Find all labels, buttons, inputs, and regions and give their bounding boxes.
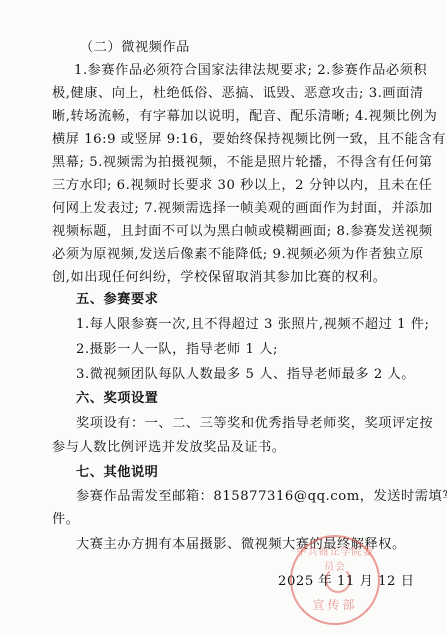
body-line: 横屏 16:9 或竖屏 9:16，要始终保持视频比例一致，且不能含有: [52, 128, 446, 147]
body-line: 晰,转场流畅，有字幕加以说明，配音、配乐清晰; 4.视频比例为: [52, 105, 437, 124]
body-line: 必须为原视频,发送后像素不能降低; 9.视频必须为作者独立原: [52, 243, 424, 262]
section-heading-requirements: 五、参赛要求: [76, 288, 158, 307]
requirement-item: 2.摄影一人一队，指导老师 1 人;: [76, 338, 278, 357]
body-line: 极,健康、向上，杜绝低俗、恶搞、诋毁、恶意攻击; 3.画面清: [52, 82, 424, 101]
body-line: 件。: [52, 508, 79, 527]
body-line: 何网上发表过; 7.视频需选择一帧美观的画面作为封面，并添加: [52, 197, 433, 216]
requirement-item: 3.微视频团队每队人数最多 5 人、指导老师最多 2 人。: [76, 363, 415, 382]
body-line: 奖项设有：一、二、三等奖和优秀指导老师奖，奖项评定按: [76, 412, 433, 431]
section-heading-micro-video: （二）微视频作品: [80, 36, 190, 55]
requirement-item: 1.每人限参赛一次,且不得超过 3 张照片,视频不超过 1 件;: [76, 313, 430, 332]
body-line: 创,如出现任何纠纷，学校保留取消其参加比赛的权利。: [52, 266, 386, 285]
body-line: 黑幕; 5.视频需为拍摄视频，不能是照片轮播，不得含有任何第: [52, 151, 433, 170]
body-line: 视频标题，且封面不可以为黑白帧或模糊画面; 8.参赛发送视频: [52, 220, 433, 239]
document-date: 2025 年 11 月 12 日: [278, 570, 414, 589]
body-line-email: 参赛作品需发至邮箱：815877316@qq.com，发送时需填写附: [76, 485, 447, 504]
body-line: 参与人数比例评选并发放奖品及证书。: [52, 436, 286, 455]
seal-bottom-text: 宣传部: [292, 596, 378, 613]
body-line: 三方水印; 6.视频时长要求 30 秒以上，2 分钟以内，且未在任: [52, 174, 432, 193]
body-line: 1.参赛作品必须符合国家法律法规要求; 2.参赛作品必须积: [74, 59, 427, 78]
section-heading-other: 七、其他说明: [76, 461, 158, 480]
section-heading-awards: 六、奖项设置: [76, 387, 158, 406]
document-page: （二）微视频作品 1.参赛作品必须符合国家法律法规要求; 2.参赛作品必须积 极…: [0, 0, 447, 635]
